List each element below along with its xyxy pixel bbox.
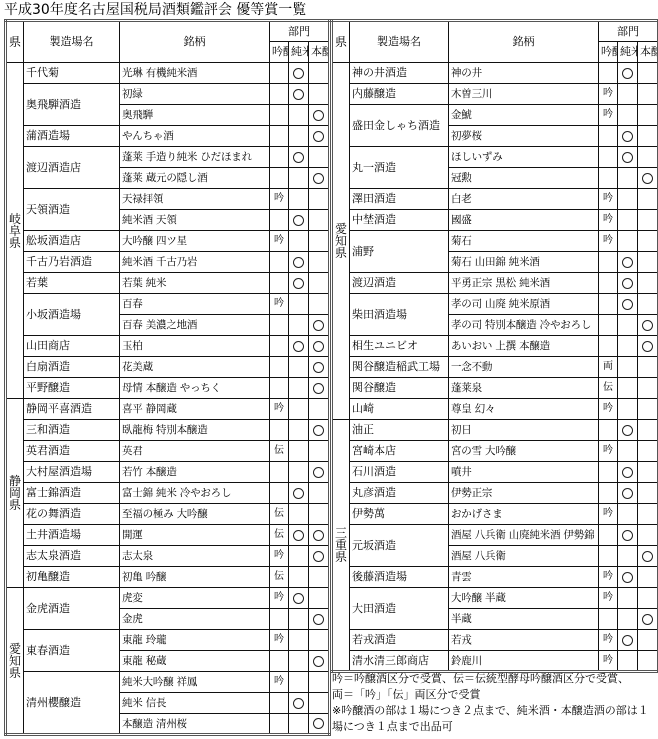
brand-name: 初緑 bbox=[120, 84, 270, 105]
table-row: 伊勢萬おかげさま吟 bbox=[332, 504, 658, 525]
table-row: 奥飛騨酒造初緑 bbox=[6, 84, 330, 105]
brand-name: 純米 信長 bbox=[120, 693, 270, 714]
ginjo-mark bbox=[270, 252, 289, 273]
junmai-mark bbox=[289, 126, 309, 147]
honjozo-mark bbox=[638, 84, 658, 105]
brand-name: 東龍 秘蔵 bbox=[120, 651, 270, 672]
brand-name: 宮の雪 大吟醸 bbox=[449, 441, 599, 462]
circle-icon bbox=[313, 614, 324, 625]
honjozo-mark bbox=[638, 336, 658, 357]
brewery-name: 蒲酒造場 bbox=[24, 126, 120, 147]
table-row: 丸一酒造ほしいずみ bbox=[332, 147, 658, 168]
header-prefecture: 県 bbox=[6, 21, 24, 63]
junmai-mark bbox=[618, 231, 638, 252]
prefecture-cell: 三重県 bbox=[332, 420, 350, 672]
brand-name: 玉柏 bbox=[120, 336, 270, 357]
brewery-name: 千古乃岩酒造 bbox=[24, 252, 120, 273]
brand-name: 純米大吟醸 祥鳳 bbox=[120, 672, 270, 693]
ginjo-mark: 吟 bbox=[599, 630, 618, 651]
table-row: 三重県油正初日 bbox=[332, 420, 658, 441]
awards-table-right: 県 製造場名 銘柄 部門 吟醸 純米 本醸造 愛知県神の井酒造神の井内藤醸造木曽… bbox=[330, 19, 658, 673]
honjozo-mark bbox=[309, 105, 330, 126]
header-brand: 銘柄 bbox=[120, 21, 270, 63]
brewery-name: 丸一酒造 bbox=[350, 147, 449, 189]
page-title: 平成30年度名古屋国税局酒類鑑評会 優等賞一覧 bbox=[4, 1, 306, 19]
circle-icon bbox=[313, 425, 324, 436]
junmai-mark bbox=[618, 84, 638, 105]
ginjo-mark bbox=[599, 483, 618, 504]
honjozo-mark bbox=[309, 399, 330, 420]
ginjo-mark: 吟 bbox=[270, 231, 289, 252]
table-row: 山崎尊皇 幻々吟 bbox=[332, 399, 658, 420]
honjozo-mark bbox=[309, 693, 330, 714]
honjozo-mark bbox=[309, 168, 330, 189]
brewery-name: 浦野 bbox=[350, 231, 449, 273]
circle-icon bbox=[293, 530, 304, 541]
circle-icon bbox=[642, 614, 653, 625]
ginjo-mark bbox=[270, 315, 289, 336]
honjozo-mark bbox=[638, 357, 658, 378]
brand-name: 冠勲 bbox=[449, 168, 599, 189]
ginjo-mark bbox=[599, 525, 618, 546]
table-row: 千古乃岩酒造純米酒 千古乃岩 bbox=[6, 252, 330, 273]
ginjo-mark bbox=[270, 609, 289, 630]
table-row: 初亀醸造初亀 吟醸伝 bbox=[6, 567, 330, 588]
ginjo-mark bbox=[270, 210, 289, 231]
ginjo-mark bbox=[599, 546, 618, 567]
prefecture-char: 知 bbox=[9, 655, 21, 667]
honjozo-mark bbox=[638, 231, 658, 252]
brand-name: 噴井 bbox=[449, 462, 599, 483]
brewery-name: 石川酒造 bbox=[350, 462, 449, 483]
ginjo-mark bbox=[599, 63, 618, 84]
junmai-mark bbox=[618, 147, 638, 168]
junmai-mark bbox=[618, 210, 638, 231]
brand-name: やんちゃ酒 bbox=[120, 126, 270, 147]
brand-name: 純米酒 千古乃岩 bbox=[120, 252, 270, 273]
circle-icon bbox=[313, 383, 324, 394]
circle-icon bbox=[293, 257, 304, 268]
ginjo-mark bbox=[270, 105, 289, 126]
honjozo-mark bbox=[638, 609, 658, 630]
brewery-name: 盛田金しゃち酒造 bbox=[350, 105, 449, 147]
junmai-mark bbox=[289, 483, 309, 504]
brand-name: 喜平 静岡蔵 bbox=[120, 399, 270, 420]
brewery-name: 東春酒造 bbox=[24, 630, 120, 672]
brewery-name: 志太泉酒造 bbox=[24, 546, 120, 567]
brand-name: 蓬莱 手造り純米 ひだほまれ bbox=[120, 147, 270, 168]
junmai-mark bbox=[289, 525, 309, 546]
brand-name: 若戎 bbox=[449, 630, 599, 651]
brand-name: 花美蔵 bbox=[120, 357, 270, 378]
table-row: 平野醸造母情 本醸造 やっちく bbox=[6, 378, 330, 399]
brewery-name: 関谷醸造 bbox=[350, 378, 449, 399]
brewery-name: 清水清三郎商店 bbox=[350, 651, 449, 672]
junmai-mark bbox=[289, 210, 309, 231]
brand-name: 酒屋 八兵衛 bbox=[449, 546, 599, 567]
junmai-mark bbox=[618, 441, 638, 462]
junmai-mark bbox=[289, 378, 309, 399]
circle-icon bbox=[313, 718, 324, 729]
brewery-name: 内藤醸造 bbox=[350, 84, 449, 105]
circle-icon bbox=[293, 89, 304, 100]
ginjo-mark: 吟 bbox=[599, 588, 618, 609]
junmai-mark bbox=[618, 588, 638, 609]
junmai-mark bbox=[618, 105, 638, 126]
brewery-name: 油正 bbox=[350, 420, 449, 441]
junmai-mark bbox=[618, 63, 638, 84]
brand-name: 英君 bbox=[120, 441, 270, 462]
brewery-name: 伊勢萬 bbox=[350, 504, 449, 525]
ginjo-mark: 吟 bbox=[599, 399, 618, 420]
legend-line: 両＝「吟」「伝」両区分で受賞 bbox=[332, 687, 658, 703]
brand-name: 菊石 山田錦 純米酒 bbox=[449, 252, 599, 273]
honjozo-mark bbox=[309, 63, 330, 84]
ginjo-mark: 吟 bbox=[599, 651, 618, 672]
header-honjozo: 本醸造 bbox=[638, 42, 658, 63]
brewery-name: 白扇酒造 bbox=[24, 357, 120, 378]
honjozo-mark bbox=[638, 168, 658, 189]
honjozo-mark bbox=[309, 588, 330, 609]
brewery-name: 平野醸造 bbox=[24, 378, 120, 399]
honjozo-mark bbox=[638, 63, 658, 84]
brewery-name: 元坂酒造 bbox=[350, 525, 449, 567]
circle-icon bbox=[622, 278, 633, 289]
honjozo-mark bbox=[638, 210, 658, 231]
brewery-name: 三和酒造 bbox=[24, 420, 120, 441]
header-prefecture: 県 bbox=[332, 21, 350, 63]
junmai-mark bbox=[289, 672, 309, 693]
ginjo-mark: 吟 bbox=[270, 588, 289, 609]
honjozo-mark bbox=[638, 420, 658, 441]
prefecture-char: 愛 bbox=[9, 643, 21, 655]
junmai-mark bbox=[618, 483, 638, 504]
prefecture-char: 県 bbox=[9, 237, 21, 249]
circle-icon bbox=[293, 152, 304, 163]
junmai-mark bbox=[289, 567, 309, 588]
ginjo-mark bbox=[599, 420, 618, 441]
brewery-name: 山田商店 bbox=[24, 336, 120, 357]
honjozo-mark bbox=[638, 441, 658, 462]
brewery-name: 初亀醸造 bbox=[24, 567, 120, 588]
table-row: 山田商店玉柏 bbox=[6, 336, 330, 357]
junmai-mark bbox=[618, 126, 638, 147]
honjozo-mark bbox=[309, 420, 330, 441]
junmai-mark bbox=[618, 651, 638, 672]
brewery-name: 小坂酒造場 bbox=[24, 294, 120, 336]
table-row: 関谷醸造蓬莱泉伝 bbox=[332, 378, 658, 399]
honjozo-mark bbox=[309, 609, 330, 630]
table-row: 岐阜県千代菊光琳 有機純米酒 bbox=[6, 63, 330, 84]
ginjo-mark bbox=[270, 378, 289, 399]
circle-icon bbox=[622, 152, 633, 163]
circle-icon bbox=[293, 698, 304, 709]
table-row: 清水清三郎商店鈴鹿川吟 bbox=[332, 651, 658, 672]
brewery-name: 金虎酒造 bbox=[24, 588, 120, 630]
prefecture-cell: 愛知県 bbox=[6, 588, 24, 735]
honjozo-mark bbox=[309, 189, 330, 210]
ginjo-mark bbox=[599, 147, 618, 168]
brand-name: 蓬莱泉 bbox=[449, 378, 599, 399]
table-row: 大田酒造大吟醸 半蔵吟 bbox=[332, 588, 658, 609]
ginjo-mark: 吟 bbox=[599, 504, 618, 525]
prefecture-char: 県 bbox=[9, 499, 21, 511]
right-table-body: 愛知県神の井酒造神の井内藤醸造木曽三川吟盛田金しゃち酒造金鯱吟初夢桜丸一酒造ほし… bbox=[332, 63, 658, 672]
brand-name: 平勇正宗 黒松 純米酒 bbox=[449, 273, 599, 294]
brewery-name: 富士錦酒造 bbox=[24, 483, 120, 504]
junmai-mark bbox=[289, 357, 309, 378]
prefecture-char: 県 bbox=[335, 551, 347, 563]
brewery-name: 渡辺酒造店 bbox=[24, 147, 120, 189]
brand-name: 國盛 bbox=[449, 210, 599, 231]
honjozo-mark bbox=[638, 147, 658, 168]
brand-name: 純米酒 天領 bbox=[120, 210, 270, 231]
table-row: 宮崎本店宮の雪 大吟醸吟 bbox=[332, 441, 658, 462]
honjozo-mark bbox=[638, 546, 658, 567]
brand-name: 酒屋 八兵衛 山廃純米酒 伊勢錦 bbox=[449, 525, 599, 546]
header-ginjo: 吟醸 bbox=[270, 42, 289, 63]
ginjo-mark: 吟 bbox=[599, 231, 618, 252]
brewery-name: 神の井酒造 bbox=[350, 63, 449, 84]
header-ginjo: 吟醸 bbox=[599, 42, 618, 63]
brand-name: 若竹 本醸造 bbox=[120, 462, 270, 483]
honjozo-mark bbox=[309, 651, 330, 672]
brand-name: ほしいずみ bbox=[449, 147, 599, 168]
circle-icon bbox=[642, 341, 653, 352]
table-row: 富士錦酒造富士錦 純米 冷やおろし bbox=[6, 483, 330, 504]
ginjo-mark bbox=[599, 609, 618, 630]
honjozo-mark bbox=[309, 525, 330, 546]
brand-name: 開運 bbox=[120, 525, 270, 546]
circle-icon bbox=[313, 131, 324, 142]
junmai-mark bbox=[289, 294, 309, 315]
brand-name: 虎変 bbox=[120, 588, 270, 609]
table-row: 舩坂酒造店大吟醸 四ツ星吟 bbox=[6, 231, 330, 252]
junmai-mark bbox=[289, 399, 309, 420]
table-row: 三和酒造臥龍梅 特別本醸造 bbox=[6, 420, 330, 441]
circle-icon bbox=[313, 530, 324, 541]
table-row: 英君酒造英君伝 bbox=[6, 441, 330, 462]
brand-name: 至福の極み 大吟醸 bbox=[120, 504, 270, 525]
ginjo-mark: 吟 bbox=[599, 189, 618, 210]
brewery-name: 千代菊 bbox=[24, 63, 120, 84]
junmai-mark bbox=[618, 357, 638, 378]
ginjo-mark: 両 bbox=[599, 357, 618, 378]
brand-name: 天禄拝領 bbox=[120, 189, 270, 210]
circle-icon bbox=[293, 215, 304, 226]
circle-icon bbox=[642, 173, 653, 184]
ginjo-mark bbox=[599, 168, 618, 189]
junmai-mark bbox=[289, 609, 309, 630]
brewery-name: 柴田酒造場 bbox=[350, 294, 449, 336]
junmai-mark bbox=[618, 420, 638, 441]
ginjo-mark bbox=[599, 462, 618, 483]
circle-icon bbox=[293, 341, 304, 352]
honjozo-mark bbox=[309, 294, 330, 315]
junmai-mark bbox=[289, 147, 309, 168]
ginjo-mark bbox=[599, 315, 618, 336]
brand-name: 大吟醸 半蔵 bbox=[449, 588, 599, 609]
brewery-name: 花の舞酒造 bbox=[24, 504, 120, 525]
ginjo-mark bbox=[599, 252, 618, 273]
header-division: 部門 bbox=[270, 21, 330, 42]
circle-icon bbox=[622, 299, 633, 310]
circle-icon bbox=[313, 173, 324, 184]
junmai-mark bbox=[618, 609, 638, 630]
left-table-body: 岐阜県千代菊光琳 有機純米酒奥飛騨酒造初緑奥飛騨蒲酒造場やんちゃ酒渡辺酒造店蓬莱… bbox=[6, 63, 330, 735]
ginjo-mark: 吟 bbox=[270, 672, 289, 693]
honjozo-mark bbox=[638, 294, 658, 315]
ginjo-mark: 吟 bbox=[599, 84, 618, 105]
circle-icon bbox=[313, 341, 324, 352]
honjozo-mark bbox=[309, 84, 330, 105]
ginjo-mark: 吟 bbox=[270, 294, 289, 315]
table-row: 若葉若葉 純米 bbox=[6, 273, 330, 294]
junmai-mark bbox=[618, 546, 638, 567]
brand-name: おかげさま bbox=[449, 504, 599, 525]
honjozo-mark bbox=[309, 630, 330, 651]
honjozo-mark bbox=[638, 462, 658, 483]
ginjo-mark bbox=[270, 168, 289, 189]
brand-name: 大吟醸 四ツ星 bbox=[120, 231, 270, 252]
brewery-name: 天領酒造 bbox=[24, 189, 120, 231]
brand-name: あいおい 上撰 本醸造 bbox=[449, 336, 599, 357]
legend-line: 吟＝吟醸酒区分で受賞、伝＝伝統型酵母吟醸酒区分で受賞、 bbox=[332, 671, 658, 687]
junmai-mark bbox=[289, 252, 309, 273]
ginjo-mark: 伝 bbox=[270, 441, 289, 462]
honjozo-mark bbox=[309, 336, 330, 357]
circle-icon bbox=[313, 110, 324, 121]
table-row: 相生ユニビオあいおい 上撰 本醸造 bbox=[332, 336, 658, 357]
honjozo-mark bbox=[638, 315, 658, 336]
ginjo-mark: 吟 bbox=[599, 441, 618, 462]
honjozo-mark bbox=[638, 252, 658, 273]
table-row: 中埜酒造國盛吟 bbox=[332, 210, 658, 231]
circle-icon bbox=[293, 593, 304, 604]
junmai-mark bbox=[289, 189, 309, 210]
junmai-mark bbox=[289, 336, 309, 357]
header-brewery: 製造場名 bbox=[350, 21, 449, 63]
legend-notes: 吟＝吟醸酒区分で受賞、伝＝伝統型酵母吟醸酒区分で受賞、 両＝「吟」「伝」両区分で… bbox=[332, 671, 658, 735]
table-row: 澤田酒造白老吟 bbox=[332, 189, 658, 210]
table-row: 小坂酒造場百春吟 bbox=[6, 294, 330, 315]
junmai-mark bbox=[289, 693, 309, 714]
table-row: 盛田金しゃち酒造金鯱吟 bbox=[332, 105, 658, 126]
awards-table-left: 県 製造場名 銘柄 部門 吟醸 純米 本醸造 岐阜県千代菊光琳 有機純米酒奥飛騨… bbox=[4, 19, 331, 736]
table-row: 清州櫻醸造純米大吟醸 祥鳳吟 bbox=[6, 672, 330, 693]
brand-name: 初夢桜 bbox=[449, 126, 599, 147]
circle-icon bbox=[622, 488, 633, 499]
ginjo-mark bbox=[599, 126, 618, 147]
brand-name: 臥龍梅 特別本醸造 bbox=[120, 420, 270, 441]
brand-name: 東龍 玲瓏 bbox=[120, 630, 270, 651]
honjozo-mark bbox=[309, 210, 330, 231]
brand-name: 一念不動 bbox=[449, 357, 599, 378]
circle-icon bbox=[293, 278, 304, 289]
legend-line: 場につき１点まで出品可 bbox=[332, 719, 658, 735]
brand-name: 神の井 bbox=[449, 63, 599, 84]
brewery-name: 中埜酒造 bbox=[350, 210, 449, 231]
table-row: 蒲酒造場やんちゃ酒 bbox=[6, 126, 330, 147]
table-row: 渡辺酒造店蓬莱 手造り純米 ひだほまれ bbox=[6, 147, 330, 168]
header-junmai: 純米 bbox=[289, 42, 309, 63]
brand-name: 初日 bbox=[449, 420, 599, 441]
honjozo-mark bbox=[309, 378, 330, 399]
brand-name: 白老 bbox=[449, 189, 599, 210]
brand-name: 孝の司 山廃 純米原酒 bbox=[449, 294, 599, 315]
table-row: 愛知県金虎酒造虎変吟 bbox=[6, 588, 330, 609]
prefecture-char: 県 bbox=[9, 667, 21, 679]
junmai-mark bbox=[618, 315, 638, 336]
honjozo-mark bbox=[309, 714, 330, 735]
ginjo-mark: 吟 bbox=[599, 210, 618, 231]
honjozo-mark bbox=[638, 399, 658, 420]
ginjo-mark bbox=[270, 714, 289, 735]
honjozo-mark bbox=[638, 105, 658, 126]
junmai-mark bbox=[289, 630, 309, 651]
ginjo-mark: 吟 bbox=[270, 189, 289, 210]
junmai-mark bbox=[618, 525, 638, 546]
table-row: 若戎酒造若戎吟 bbox=[332, 630, 658, 651]
junmai-mark bbox=[289, 84, 309, 105]
table-row: 後藤酒造場青雲吟 bbox=[332, 567, 658, 588]
circle-icon bbox=[642, 320, 653, 331]
brand-name: 鈴鹿川 bbox=[449, 651, 599, 672]
junmai-mark bbox=[618, 504, 638, 525]
table-row: 石川酒造噴井 bbox=[332, 462, 658, 483]
brand-name: 伊勢正宗 bbox=[449, 483, 599, 504]
table-row: 浦野菊石吟 bbox=[332, 231, 658, 252]
circle-icon bbox=[622, 131, 633, 142]
junmai-mark bbox=[618, 294, 638, 315]
circle-icon bbox=[622, 572, 633, 583]
brewery-name: 宮崎本店 bbox=[350, 441, 449, 462]
junmai-mark bbox=[289, 546, 309, 567]
header-junmai: 純米 bbox=[618, 42, 638, 63]
junmai-mark bbox=[289, 441, 309, 462]
ginjo-mark bbox=[599, 273, 618, 294]
brand-name: 母情 本醸造 やっちく bbox=[120, 378, 270, 399]
ginjo-mark bbox=[270, 462, 289, 483]
table-row: 天領酒造天禄拝領吟 bbox=[6, 189, 330, 210]
honjozo-mark bbox=[309, 567, 330, 588]
junmai-mark bbox=[289, 231, 309, 252]
circle-icon bbox=[293, 68, 304, 79]
junmai-mark bbox=[618, 567, 638, 588]
honjozo-mark bbox=[638, 567, 658, 588]
circle-icon bbox=[313, 362, 324, 373]
circle-icon bbox=[622, 425, 633, 436]
brand-name: 富士錦 純米 冷やおろし bbox=[120, 483, 270, 504]
header-honjozo: 本醸造 bbox=[309, 42, 330, 63]
brand-name: 半蔵 bbox=[449, 609, 599, 630]
ginjo-mark: 吟 bbox=[270, 399, 289, 420]
prefecture-char: 阜 bbox=[9, 225, 21, 237]
junmai-mark bbox=[289, 504, 309, 525]
ginjo-mark bbox=[599, 294, 618, 315]
brewery-name: 若戎酒造 bbox=[350, 630, 449, 651]
junmai-mark bbox=[289, 105, 309, 126]
table-row: 花の舞酒造至福の極み 大吟醸伝 bbox=[6, 504, 330, 525]
brewery-name: 英君酒造 bbox=[24, 441, 120, 462]
circle-icon bbox=[313, 320, 324, 331]
ginjo-mark bbox=[270, 693, 289, 714]
brand-name: 志太泉 bbox=[120, 546, 270, 567]
junmai-mark bbox=[618, 630, 638, 651]
circle-icon bbox=[293, 488, 304, 499]
brand-name: 孝の司 特別本醸造 冷やおろし bbox=[449, 315, 599, 336]
legend-line: ※吟醸酒の部は１場につき２点まで、純米酒・本醸造酒の部は１ bbox=[332, 703, 658, 719]
